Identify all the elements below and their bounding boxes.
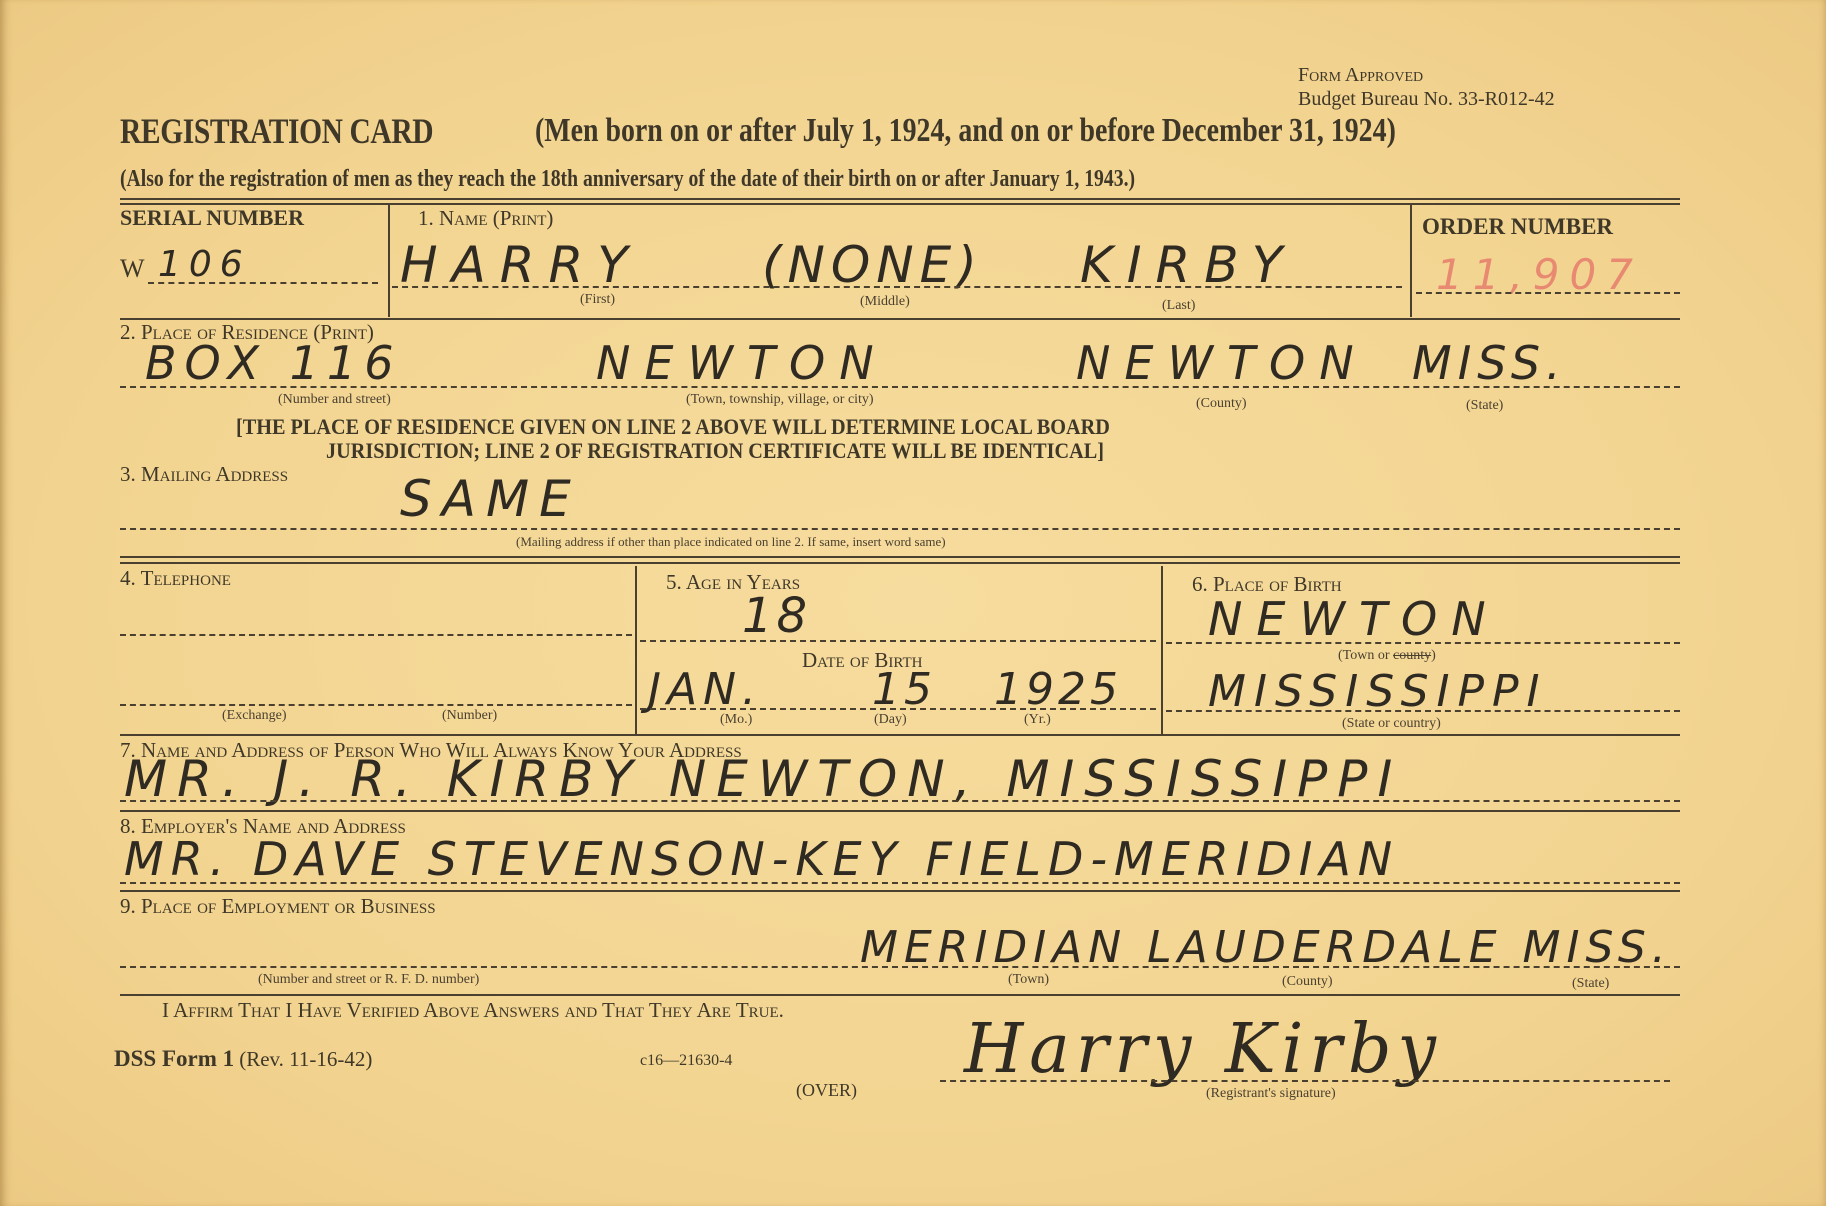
dob-line [640,708,1156,710]
print-code: c16—21630-4 [640,1052,732,1070]
first-caption: (First) [580,292,615,308]
mailing-label: 3. Mailing Address [120,462,288,487]
header-rule-top [120,198,1680,200]
contact-line [120,800,1680,802]
age-line [640,640,1156,642]
also-note: (Also for the registration of men as the… [120,166,1135,193]
mailing-value[interactable]: SAME [400,470,581,528]
street-caption: (Number and street) [278,392,391,408]
telephone-line-2 [120,704,632,706]
form-id: DSS Form 1 [114,1046,234,1071]
middle-caption: (Middle) [860,294,910,310]
employer-value[interactable]: MR. DAVE STEVENSON-KEY FIELD-MERIDIAN [124,832,1399,886]
name-line [392,286,1402,288]
mailing-caption: (Mailing address if other than place ind… [516,534,946,550]
town-caption: (Town, township, village, or city) [686,392,874,408]
residence-notice-line2: JURISDICTION; LINE 2 OF REGISTRATION CER… [326,438,1104,464]
birthplace-town-line [1166,642,1680,644]
over-marker: (OVER) [796,1080,857,1101]
exchange-caption: (Exchange) [222,708,287,724]
serial-number-value[interactable]: 106 [158,244,251,285]
age-value[interactable]: 18 [742,588,811,644]
employer-line [120,882,1680,884]
state-caption: (State) [1466,398,1503,414]
year-caption: (Yr.) [1024,712,1051,728]
affirmation: I Affirm That I Have Verified Above Answ… [162,998,784,1023]
registrant-signature[interactable]: Harry Kirby [964,1010,1442,1089]
divider [635,566,637,734]
birthplace-town[interactable]: NEWTON [1208,592,1500,646]
birthplace-state-line [1166,710,1680,712]
number-caption: (Number) [442,708,497,724]
serial-prefix: W [120,254,145,284]
state-or-country-caption: (State or country) [1342,716,1441,732]
registration-card: Form Approved Budget Bureau No. 33-R012-… [0,0,1826,1206]
employment-county-caption: (County) [1282,974,1333,990]
card-title: REGISTRATION CARD [120,110,433,152]
residence-county[interactable]: NEWTON [1076,336,1368,390]
row-rule [120,562,1680,564]
serial-number-label: SERIAL NUMBER [120,205,304,231]
signature-caption: (Registrant's signature) [1206,1086,1336,1102]
form-revision: (Rev. 11-16-42) [239,1047,372,1071]
employment-town-caption: (Town) [1008,972,1049,988]
residence-line [120,386,1680,388]
header-rule-bottom [120,203,1680,205]
last-caption: (Last) [1162,298,1195,314]
month-caption: (Mo.) [720,712,752,728]
title-qualifier: (Men born on or after July 1, 1924, and … [535,112,1396,150]
row-rule [120,994,1680,996]
residence-state[interactable]: MISS. [1412,336,1567,390]
residence-town[interactable]: NEWTON [596,336,888,390]
row-rule [120,810,1680,812]
residence-street[interactable]: BOX 116 [145,336,401,390]
serial-line [148,282,378,284]
signature-line [940,1080,1670,1082]
telephone-line-1 [120,634,632,636]
name-label: 1. Name (Print) [418,206,553,231]
day-caption: (Day) [874,712,907,728]
row-rule [120,890,1680,892]
order-number-label: ORDER NUMBER [1422,214,1613,240]
employment-place-line [120,966,1680,968]
form-id-block: DSS Form 1 (Rev. 11-16-42) [114,1046,372,1072]
employment-place-label: 9. Place of Employment or Business [120,894,436,919]
county-caption: (County) [1196,396,1247,412]
town-or-county-caption: (Town or county) [1338,648,1436,664]
row-rule [120,734,1680,736]
divider [1410,205,1412,317]
mailing-line [120,528,1680,530]
budget-bureau-number: Budget Bureau No. 33-R012-42 [1298,88,1555,111]
order-line [1416,292,1680,294]
divider [1161,566,1163,734]
form-approved: Form Approved [1298,64,1423,87]
employment-street-caption: (Number and street or R. F. D. number) [258,972,479,988]
employment-state-caption: (State) [1572,976,1609,992]
telephone-label: 4. Telephone [120,566,231,591]
divider [388,205,390,317]
residence-notice-line1: [THE PLACE OF RESIDENCE GIVEN ON LINE 2 … [236,414,1110,440]
row-rule [120,556,1680,558]
